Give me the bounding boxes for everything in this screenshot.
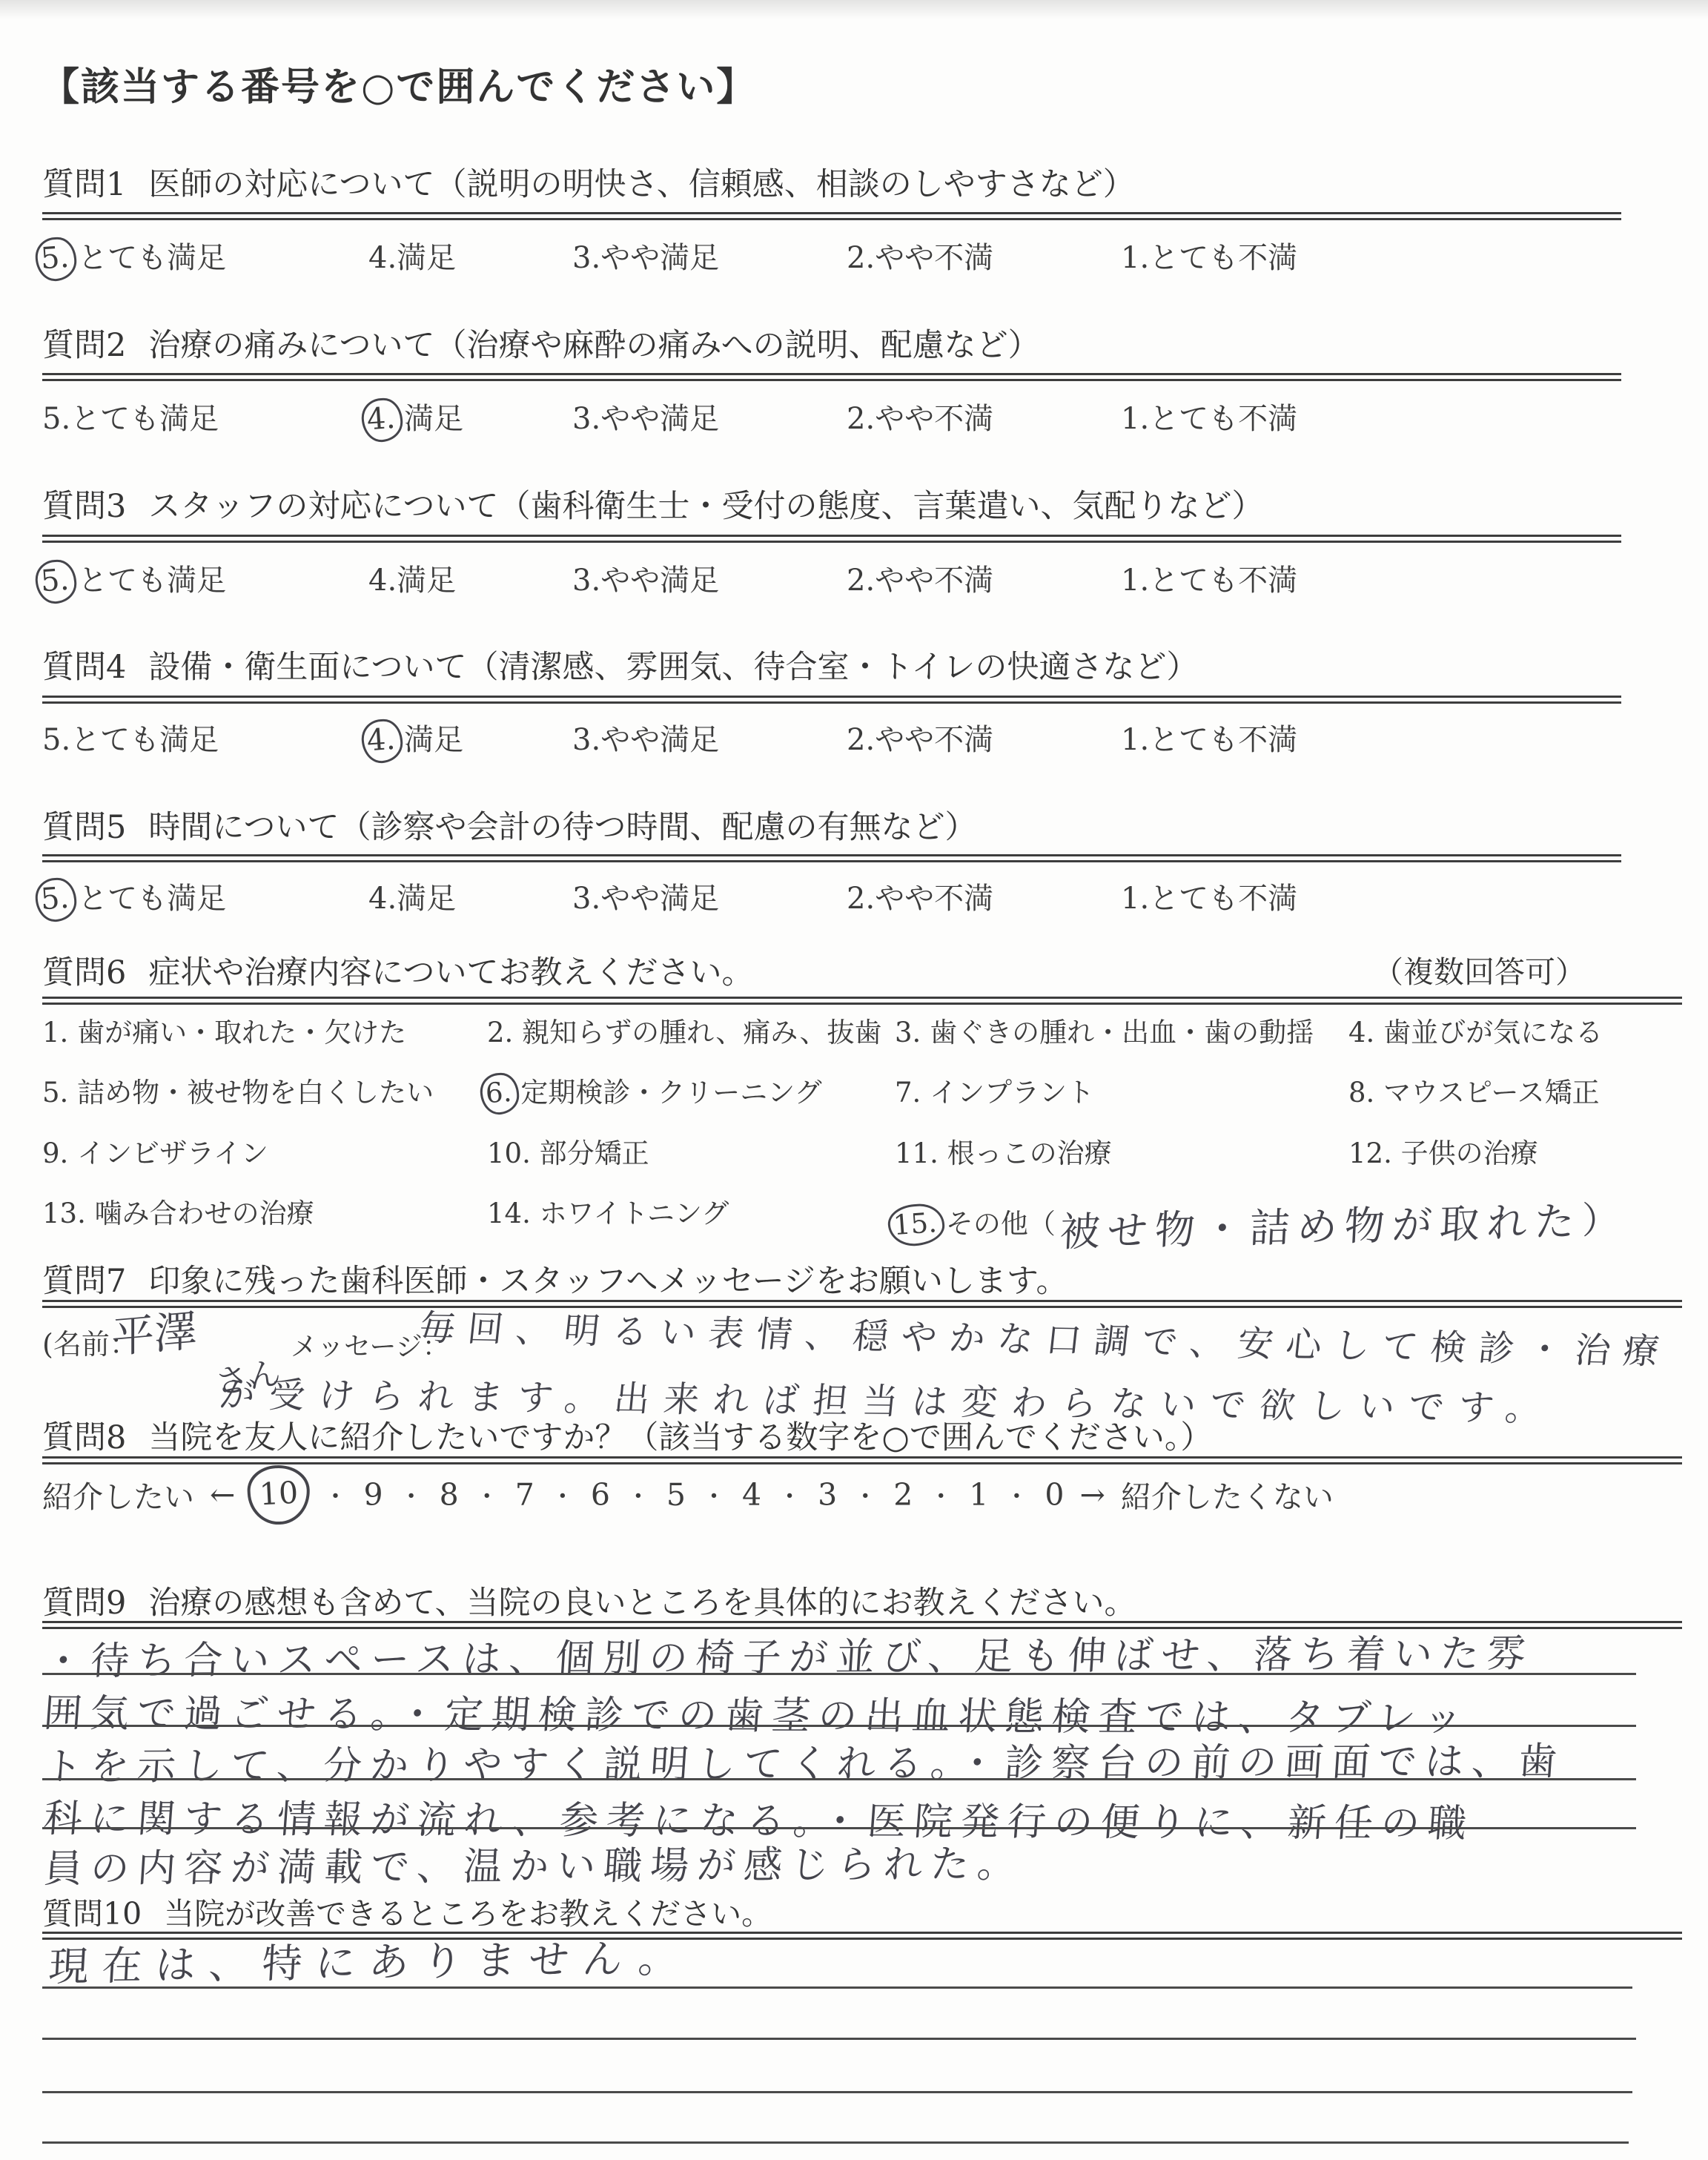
- question-5-title: 時間について（診察や会計の待つ時間、配慮の有無など）: [148, 809, 976, 846]
- left-arrow: ←: [210, 1477, 235, 1513]
- question-5-header: 質問5時間について（診察や会計の待つ時間、配慮の有無など）: [42, 802, 977, 848]
- question-9-number: 質問9: [42, 1585, 126, 1622]
- scale-2: 2: [893, 1477, 913, 1513]
- question-1-number: 質問1: [42, 166, 126, 203]
- q6-other-close-paren: ）: [1582, 1199, 1619, 1242]
- q1-option-4: 4.満足: [368, 234, 572, 277]
- scale-5: 5: [666, 1477, 686, 1513]
- q10-rule-4-empty: [42, 2141, 1629, 2144]
- question-2-header: 質問2治療の痛みについて（治療や麻酔の痛みへの説明、配慮など）: [42, 320, 1040, 366]
- q6-item-4: 4. 歯並びが気になる: [1348, 1010, 1684, 1050]
- q1-option-1: 1.とても不満: [1121, 234, 1297, 277]
- q4-option-4-selected: 4.満足: [368, 716, 572, 759]
- question-3-options: 5.とても満足 4.満足 3.やや満足 2.やや不満 1.とても不満: [42, 557, 1629, 600]
- q9-rule-3: [42, 1778, 1636, 1780]
- q4-option-1: 1.とても不満: [1121, 716, 1297, 759]
- q4-option-2: 2.やや不満: [847, 716, 1121, 759]
- question-6-header: 質問6症状や治療内容についてお教えください。: [42, 948, 754, 993]
- q3-answer-circle: 5.: [34, 558, 78, 605]
- q6-item-2: 2. 親知らずの腫れ、痛み、抜歯: [487, 1010, 895, 1050]
- question-8-header: 質問8当院を友人に紹介したいですか？（該当する数字を○で囲んでください。）: [42, 1413, 1212, 1458]
- q9-answer-line-3: トを示して、分かりやすく説明してくれる。・診察台の前の画面では、歯: [42, 1730, 1567, 1791]
- question-1-title: 医師の対応について（説明の明快さ、信頼感、相談のしやすさなど）: [148, 166, 1134, 203]
- question-2-options: 5.とても満足 4.満足 3.やや満足 2.やや不満 1.とても不満: [42, 395, 1629, 438]
- q6-answer-circle-15: 15.: [887, 1202, 946, 1247]
- q5-answer-circle: 5.: [34, 876, 78, 923]
- q3-option-2: 2.やや不満: [847, 557, 1121, 600]
- rule-under-q3: [42, 535, 1621, 543]
- rule-under-q5: [42, 854, 1621, 862]
- question-3-number: 質問3: [42, 488, 126, 525]
- name-handwritten: 平澤: [111, 1295, 197, 1365]
- question-9-title: 治療の感想も含めて、当院の良いところを具体的にお教えください。: [148, 1585, 1136, 1622]
- q5-option-2: 2.やや不満: [847, 875, 1121, 918]
- question-6-number: 質問6: [42, 954, 126, 991]
- question-5-number: 質問5: [42, 809, 126, 846]
- q5-option-3: 3.やや満足: [572, 875, 847, 918]
- q2-option-5: 5.とても満足: [42, 395, 368, 438]
- q1-option-3: 3.やや満足: [572, 234, 847, 277]
- scale-right-label: 紹介したくない: [1121, 1473, 1334, 1516]
- q6-item-13: 13. 噛み合わせの治療: [42, 1191, 487, 1252]
- question-4-number: 質問4: [42, 649, 126, 686]
- q6-item-1: 1. 歯が痛い・取れた・欠けた: [42, 1010, 487, 1050]
- q4-option-5: 5.とても満足: [42, 716, 368, 759]
- question-3-title: スタッフの対応について（歯科衛生士・受付の態度、言葉遣い、気配りなど）: [148, 488, 1263, 525]
- q1-option-5-selected: 5.とても満足: [42, 234, 368, 277]
- q6-item-14: 14. ホワイトニング: [487, 1191, 895, 1252]
- scale-0: 0: [1045, 1477, 1064, 1513]
- question-7-number: 質問7: [42, 1263, 126, 1300]
- rule-under-q4: [42, 696, 1621, 704]
- question-1-options: 5.とても満足 4.満足 3.やや満足 2.やや不満 1.とても不満: [42, 234, 1629, 277]
- question-1-header: 質問1医師の対応について（説明の明快さ、信頼感、相談のしやすさなど）: [42, 159, 1135, 205]
- q2-option-3: 3.やや満足: [572, 395, 847, 438]
- question-6-title: 症状や治療内容についてお教えください。: [148, 954, 753, 991]
- question-9-header: 質問9治療の感想も含めて、当院の良いところを具体的にお教えください。: [42, 1578, 1136, 1623]
- q9-rule-4: [42, 1827, 1636, 1829]
- q6-item-11: 11. 根っこの治療: [895, 1131, 1348, 1171]
- q6-item-15-selected: 15.その他（被せ物・詰め物が取れた）: [895, 1191, 1684, 1252]
- question-4-title: 設備・衛生面について（清潔感、雰囲気、待合室・トイレの快適さなど）: [148, 649, 1198, 686]
- q3-option-4: 4.満足: [368, 557, 572, 600]
- recommend-scale: 紹介したい ← 10 ・ 9 ・ 8 ・ 7 ・ 6 ・ 5 ・ 4 ・ 3 ・…: [42, 1473, 1684, 1516]
- scan-edge: [0, 0, 1708, 19]
- question-5-options: 5.とても満足 4.満足 3.やや満足 2.やや不満 1.とても不満: [42, 875, 1629, 918]
- right-arrow: →: [1079, 1477, 1105, 1513]
- question-4-header: 質問4設備・衛生面について（清潔感、雰囲気、待合室・トイレの快適さなど）: [42, 642, 1198, 687]
- form-title: 【該当する番号を○で囲んでください】: [41, 56, 756, 111]
- q5-option-4: 4.満足: [368, 875, 572, 918]
- q1-answer-circle: 5.: [34, 236, 78, 283]
- rule-under-q1: [42, 212, 1621, 220]
- scale-left-label: 紹介したい: [42, 1473, 194, 1516]
- question-2-title: 治療の痛みについて（治療や麻酔の痛みへの説明、配慮など）: [148, 327, 1039, 364]
- q6-item-8: 8. マウスピース矯正: [1348, 1070, 1684, 1111]
- scale-1: 1: [969, 1477, 988, 1513]
- q10-handwritten-answer: 現在は、特にありません。: [47, 1926, 693, 1992]
- scale-6: 6: [591, 1477, 610, 1513]
- q1-option-2: 2.やや不満: [847, 234, 1121, 277]
- q9-rule-2: [42, 1725, 1636, 1727]
- q2-option-2: 2.やや不満: [847, 395, 1121, 438]
- question-3-header: 質問3スタッフの対応について（歯科衛生士・受付の態度、言葉遣い、気配りなど）: [42, 481, 1264, 526]
- q4-option-3: 3.やや満足: [572, 716, 847, 759]
- q10-rule-1: [42, 1986, 1632, 1989]
- dental-survey-scan: 【該当する番号を○で囲んでください】 質問1医師の対応について（説明の明快さ、信…: [0, 0, 1708, 2160]
- question-10-number: 質問10: [42, 1896, 142, 1932]
- q8-answer-circle: 10: [246, 1463, 311, 1525]
- q6-item-7: 7. インプラント: [895, 1070, 1348, 1111]
- scale-3: 3: [818, 1477, 837, 1513]
- scale-9: 9: [364, 1477, 383, 1513]
- q6-item-12: 12. 子供の治療: [1348, 1131, 1684, 1171]
- q5-option-5-selected: 5.とても満足: [42, 875, 368, 918]
- scale-8: 8: [440, 1477, 459, 1513]
- rule-under-q6: [42, 997, 1682, 1005]
- scale-4: 4: [742, 1477, 761, 1513]
- q9-answer-line-5: 員の内容が満載で、温かい職場が感じられた。: [42, 1832, 1026, 1893]
- question-4-options: 5.とても満足 4.満足 3.やや満足 2.やや不満 1.とても不満: [42, 716, 1629, 759]
- q3-option-5-selected: 5.とても満足: [42, 557, 368, 600]
- message-handwritten-line-1: 毎回、明るい表情、穏やかな口調で、安心して検診・治療: [417, 1299, 1675, 1374]
- q6-item-6-selected: 6.定期検診・クリーニング: [487, 1070, 895, 1111]
- rule-under-q8: [42, 1456, 1682, 1464]
- rule-under-q7: [42, 1300, 1682, 1308]
- q6-item-3: 3. 歯ぐきの腫れ・出血・歯の動揺: [895, 1010, 1348, 1050]
- question-8-number: 質問8: [42, 1419, 126, 1456]
- q9-answer-line-1: ・待ち合いスペースは、個別の椅子が並び、足も伸ばせ、落ち着いた雰: [42, 1622, 1536, 1685]
- q10-rule-2-empty: [42, 2038, 1636, 2040]
- q6-item-10: 10. 部分矯正: [487, 1131, 895, 1171]
- q3-option-3: 3.やや満足: [572, 557, 847, 600]
- q2-option-1: 1.とても不満: [1121, 395, 1297, 438]
- q6-item-9: 9. インビザライン: [42, 1131, 487, 1171]
- q2-option-4-selected: 4.満足: [368, 395, 572, 438]
- scale-10: 10: [259, 1474, 299, 1512]
- q3-option-1: 1.とても不満: [1121, 557, 1297, 600]
- question-7-title: 印象に残った歯科医師・スタッフへメッセージをお願いします。: [148, 1263, 1067, 1300]
- question-2-number: 質問2: [42, 327, 126, 364]
- q5-option-1: 1.とても不満: [1121, 875, 1297, 918]
- question-6-options: 1. 歯が痛い・取れた・欠けた 2. 親知らずの腫れ、痛み、抜歯 3. 歯ぐきの…: [42, 1010, 1684, 1252]
- scale-7: 7: [515, 1477, 534, 1513]
- q6-other-handwritten-answer: 被せ物・詰め物が取れた: [1059, 1190, 1583, 1258]
- rule-under-q2: [42, 373, 1621, 381]
- q10-rule-3-empty: [42, 2091, 1632, 2093]
- multiple-answers-note: （複数回答可）: [1373, 948, 1586, 991]
- q9-rule-1: [42, 1673, 1636, 1675]
- question-8-title: 当院を友人に紹介したいですか？（該当する数字を○で囲んでください。）: [148, 1419, 1212, 1456]
- q6-item-5: 5. 詰め物・被せ物を白くしたい: [42, 1070, 487, 1111]
